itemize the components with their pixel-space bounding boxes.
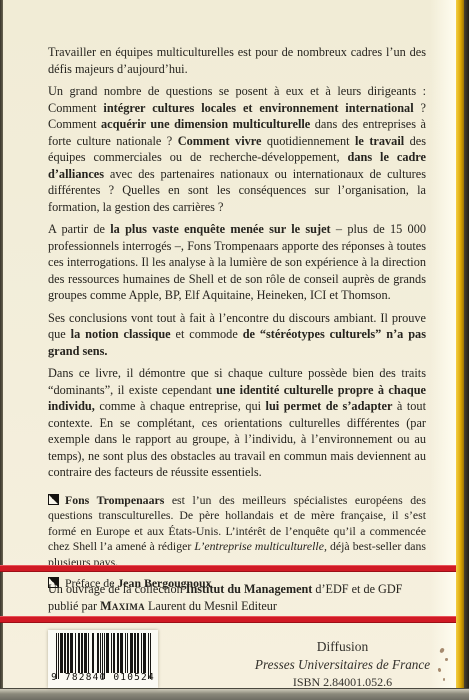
scan-edge-right — [464, 0, 469, 700]
publisher-name: Presses Universitaires de France — [235, 656, 450, 674]
paragraph: Travailler en équipes multiculturelles e… — [48, 44, 426, 77]
book-back-cover: Travailler en équipes multiculturelles e… — [0, 0, 469, 700]
scan-edge-gold-band — [456, 0, 464, 700]
text-segment: Comment vivre — [178, 134, 262, 148]
text-segment: publié par — [48, 599, 100, 613]
scan-edge-highlight — [430, 0, 456, 700]
publisher-block: Diffusion Presses Universitaires de Fran… — [235, 638, 450, 691]
back-cover-text: Travailler en équipes multiculturelles e… — [48, 44, 426, 598]
text-segment: acquérir une dimension multiculturelle — [101, 117, 310, 131]
text-segment: Travailler en équipes multiculturelles e… — [48, 45, 426, 76]
text-segment: la plus vaste enquête menée sur le sujet — [110, 222, 330, 236]
text-segment: intégrer cultures locales et environneme… — [103, 101, 413, 115]
corner-square-icon — [48, 494, 59, 505]
author-notes: Fons Trompenaars est l’un des meilleurs … — [48, 493, 426, 592]
text-segment: avec des partenaires nationaux ou intern… — [48, 167, 426, 214]
paragraph: Dans ce livre, il démontre que si chaque… — [48, 365, 426, 481]
body-paragraphs: Travailler en équipes multiculturelles e… — [48, 44, 426, 481]
text-segment: le travail — [355, 134, 404, 148]
paragraph: Un grand nombre de questions se posent à… — [48, 83, 426, 215]
isbn-number: ISBN 2.84001.052.6 — [235, 674, 450, 691]
text-segment: Maxima — [100, 599, 145, 613]
diffusion-label: Diffusion — [235, 638, 450, 656]
text-segment: Institut du Management — [186, 582, 313, 596]
collection-line: publié par Maxima Laurent du Mesnil Edit… — [48, 598, 408, 615]
collection-note: Un ouvrage de la collection Institut du … — [48, 581, 408, 614]
text-segment: d’EDF et de GDF — [312, 582, 402, 596]
text-segment: et commode — [171, 327, 243, 341]
text-segment: la notion classique — [71, 327, 171, 341]
text-segment: Un ouvrage de la collection — [48, 582, 186, 596]
text-segment: L’entreprise multiculturelle, — [194, 539, 327, 553]
red-stripe-top — [0, 565, 456, 572]
collection-line: Un ouvrage de la collection Institut du … — [48, 581, 408, 598]
paragraph: A partir de la plus vaste enquête menée … — [48, 221, 426, 304]
barcode: 9 782840 010524 — [48, 630, 158, 688]
text-segment: lui permet de s’adapter — [266, 399, 393, 413]
scan-edge-left — [0, 0, 3, 700]
text-segment: Fons Trompenaars — [65, 493, 164, 507]
barcode-number: 9 782840 010524 — [51, 672, 155, 683]
red-stripe-bottom — [0, 616, 456, 623]
paragraph: Ses conclusions vont tout à fait à l’enc… — [48, 310, 426, 360]
author-note: Fons Trompenaars est l’un des meilleurs … — [48, 493, 426, 571]
text-segment: quotidiennement — [261, 134, 355, 148]
text-segment: Laurent du Mesnil Editeur — [145, 599, 277, 613]
text-segment: comme à chaque entreprise, qui — [95, 399, 266, 413]
text-segment: A partir de — [48, 222, 110, 236]
